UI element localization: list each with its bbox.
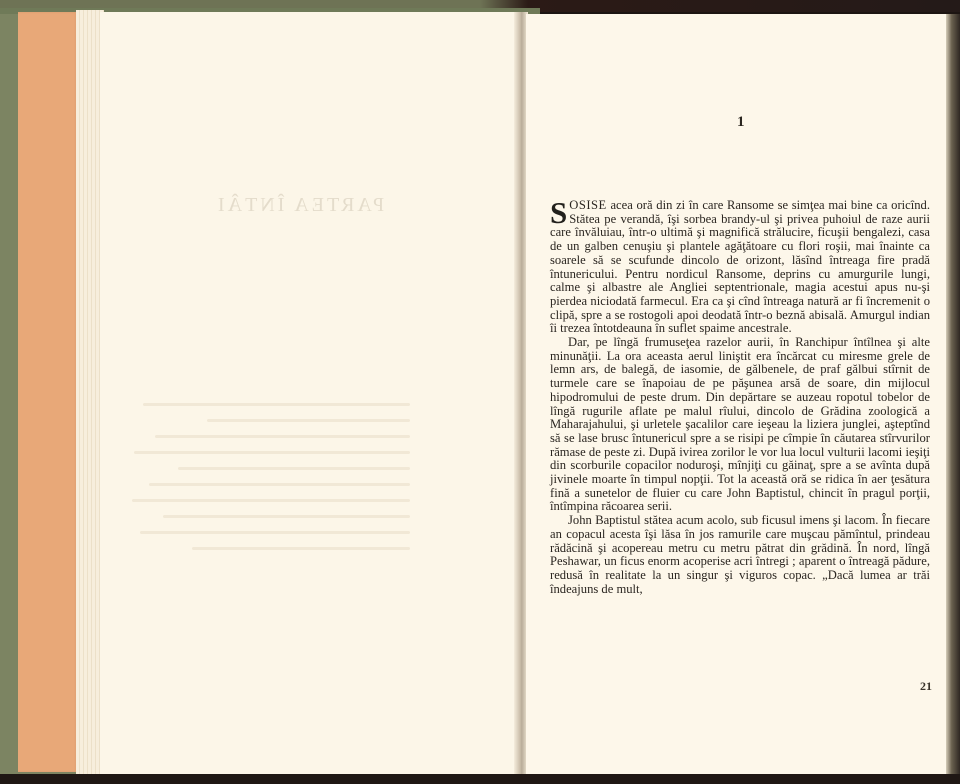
paragraph: Dar, pe lîngă frumuseţea razelor aurii, …	[550, 336, 930, 514]
ghost-line	[164, 515, 411, 518]
show-through-text	[120, 390, 410, 563]
opening-word: OSISE	[569, 198, 607, 212]
paragraph: John Baptistul stătea acum acolo, sub fi…	[550, 514, 930, 596]
paragraph-text: acea oră din zi în care Ransome se simţe…	[550, 198, 930, 335]
ghost-line	[178, 467, 410, 470]
drop-cap: S	[550, 200, 567, 226]
ghost-line	[132, 499, 410, 502]
right-page-edge	[946, 14, 960, 784]
page-number: 21	[920, 679, 932, 694]
ghost-line	[135, 451, 411, 454]
ghost-line	[140, 531, 410, 534]
chapter-number: 1	[737, 114, 745, 131]
ghost-line	[207, 419, 410, 422]
chapter-body: SOSISE acea oră din zi în care Ransome s…	[550, 199, 930, 596]
show-through-heading: PARTEA ÎNTÂI	[215, 194, 384, 217]
ghost-line	[155, 435, 410, 438]
ghost-line	[193, 547, 411, 550]
paragraph: SOSISE acea oră din zi în care Ransome s…	[550, 199, 930, 336]
ghost-line	[143, 403, 410, 406]
bottom-edge	[0, 774, 960, 784]
ghost-line	[149, 483, 410, 486]
orange-endpaper	[18, 12, 78, 772]
